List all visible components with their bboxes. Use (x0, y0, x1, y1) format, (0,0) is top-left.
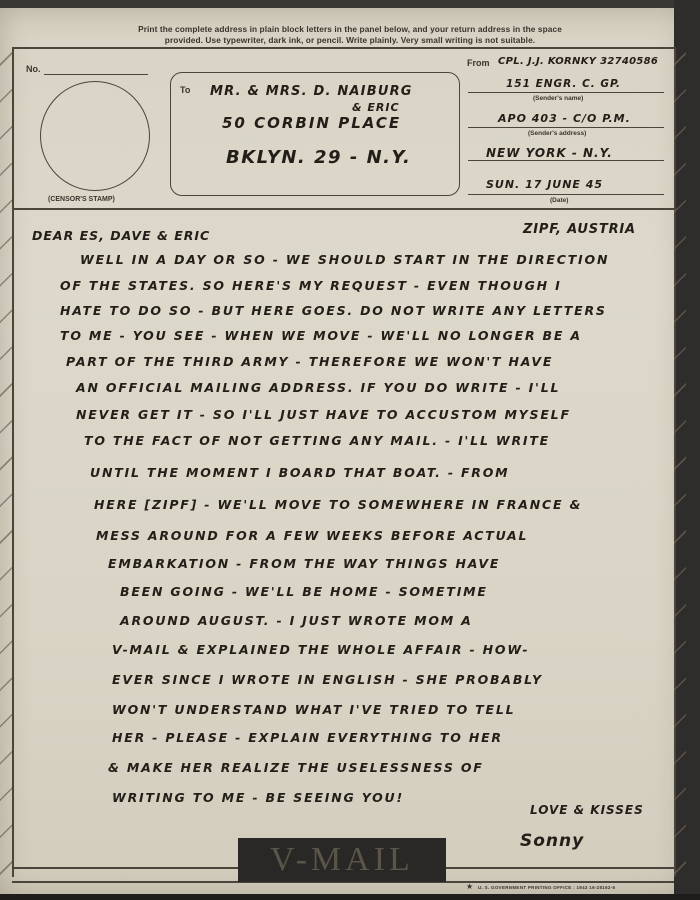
letter-salutation: Dear Es, Dave & Eric (32, 228, 210, 243)
form-instructions: Print the complete address in plain bloc… (70, 24, 630, 46)
letter-date: Sun. 17 June 45 (486, 178, 603, 191)
recipient-street: 50 Corbin Place (222, 114, 401, 132)
letter-line: embarkation - From the way things have (108, 556, 500, 571)
to-label: To (180, 85, 190, 95)
sender-apo: APO 403 - c/o P.M. (498, 112, 631, 125)
letter-line: won't understand what I've tried to tell (112, 702, 515, 717)
letter-line: ever since I wrote in English - she prob… (112, 672, 543, 687)
censor-stamp-circle (40, 81, 150, 191)
recipient-name-extra: & Eric (352, 101, 400, 114)
letter-line: mess around for a few weeks before actua… (96, 528, 528, 543)
vmail-banner: V-MAIL (238, 838, 446, 882)
hatched-margin-left (0, 47, 12, 877)
from-label: From (467, 58, 490, 68)
letter-line: of the states. So here's my request - ev… (60, 278, 562, 293)
letter-line: been going - we'll be home - sometime (120, 584, 488, 599)
sender-name-caption: (Sender's name) (533, 95, 583, 102)
letter-signature: Sonny (520, 831, 584, 851)
letter-line: around August. - I just wrote Mom a (120, 613, 473, 628)
sender-city-line (468, 160, 664, 161)
recipient-name: Mr. & Mrs. D. Naiburg (210, 84, 413, 99)
letter-line: an official mailing address. If you do w… (76, 380, 560, 395)
letter-line: hate to do so - but here goes. Do not wr… (60, 303, 607, 318)
sender-address-line (468, 127, 664, 128)
letter-line: V-mail & explained the whole affair - Ho… (112, 642, 529, 657)
star-icon: ★ (466, 882, 473, 891)
letter-line: to the fact of not getting any mail. - I… (84, 433, 550, 448)
footer-rule-left (12, 867, 238, 869)
recipient-city: Bklyn. 29 - N.Y. (226, 147, 411, 168)
number-label: No. (26, 64, 41, 74)
footer-rule-right (446, 867, 674, 869)
letter-place: Zipf, Austria (523, 222, 636, 237)
letter-line: part of the Third Army - therefore we wo… (66, 354, 553, 369)
letter-line: Well in a day or so - we should start in… (80, 252, 609, 267)
sender-address-caption: (Sender's address) (528, 130, 586, 137)
censor-stamp-label: (CENSOR'S STAMP) (48, 196, 115, 203)
sender-city: New York - N.Y. (486, 146, 613, 160)
sender-name-line (468, 92, 664, 93)
header-divider (12, 208, 674, 210)
sender-unit: 151 Engr. C. Gp. (506, 78, 621, 90)
scan-border-bottom (0, 894, 700, 900)
letter-line: here [Zipf] - we'll move to somewhere in… (94, 497, 582, 512)
date-line (468, 194, 664, 195)
hatched-margin-right (674, 47, 686, 877)
letter-line: to me - You see - when we move - we'll n… (60, 328, 582, 343)
letter-line: writing to me - Be seeing you! (112, 790, 404, 805)
sender-name: Cpl. J.J. Kornky 32740586 (498, 56, 658, 67)
number-line (44, 74, 148, 75)
letter-closing: Love & Kisses (530, 803, 644, 817)
letter-line: until the moment I board that boat. - Fr… (90, 465, 509, 480)
instructions-line-1: Print the complete address in plain bloc… (70, 24, 630, 35)
printing-office-imprint: U. S. GOVERNMENT PRINTING OFFICE : 1943 … (478, 885, 615, 890)
letter-line: & make her realize the uselessness of (108, 760, 484, 775)
date-caption: (Date) (550, 197, 568, 204)
letter-line: her - Please - explain everything to her (112, 730, 503, 745)
instructions-line-2: provided. Use typewriter, dark ink, or p… (70, 35, 630, 46)
letter-line: never get it - So I'll just have to accu… (76, 407, 571, 422)
